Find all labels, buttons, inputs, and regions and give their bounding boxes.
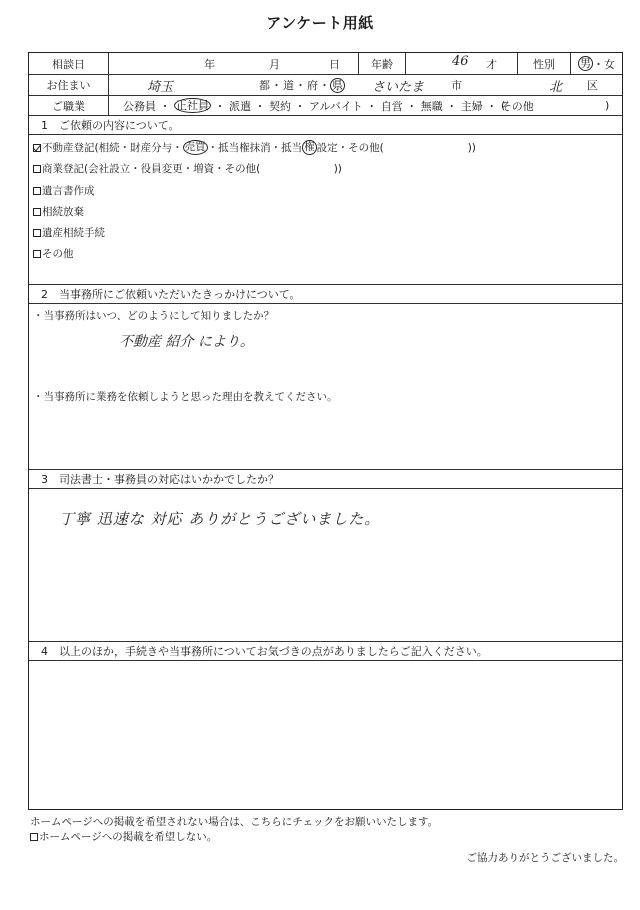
checkbox-real-estate[interactable] bbox=[33, 144, 41, 152]
occupation-field[interactable]: 公務員 ・ 正社員 ・ 派遣 ・ 契約 ・ アルバイト ・ 自営 ・ 無職 ・ … bbox=[109, 96, 622, 115]
section2-number: 2 bbox=[41, 288, 59, 301]
section4-header: 4 以上のほか，手続きや当事務所についてお気づきの点がありましたらご記入ください… bbox=[29, 641, 622, 661]
gender-male-option[interactable]: 男 bbox=[578, 56, 593, 71]
section1-item-commercial[interactable]: 商業登記(会社設立・役員変更・増資・その他( )) bbox=[33, 161, 342, 176]
day-unit: 日 bbox=[329, 56, 340, 72]
checkbox-opt-out[interactable] bbox=[30, 833, 38, 841]
occupation-other-open-paren: ( bbox=[501, 99, 505, 112]
occupation-option-contract[interactable]: 契約 bbox=[269, 98, 291, 114]
occupation-option-homemaker[interactable]: 主婦 bbox=[461, 98, 483, 114]
age-value: 46 bbox=[452, 54, 469, 69]
occupation-label: ご職業 bbox=[29, 96, 109, 115]
section1-title: ご依頼の内容について。 bbox=[59, 117, 180, 133]
gender-field[interactable]: 男 ・ 女 bbox=[571, 53, 622, 74]
consult-date-field[interactable]: 年 月 日 bbox=[109, 53, 359, 74]
checkbox-inheritance[interactable] bbox=[33, 229, 41, 237]
city-unit: 市 bbox=[451, 77, 462, 93]
address-field[interactable]: 埼玉 都 ・ 道 ・ 府 ・ 県 さいたま 市 北 区 bbox=[109, 75, 622, 95]
gender-separator: ・ bbox=[593, 56, 604, 72]
opt-out-label: ホームページへの掲載を希望しない。 bbox=[39, 829, 217, 844]
checkbox-will[interactable] bbox=[33, 187, 41, 195]
section3-header: 3 司法書士・事務員の対応はいかかでしたか？ bbox=[29, 469, 622, 489]
occupation-option-dispatch[interactable]: 派遣 bbox=[229, 98, 251, 114]
section2-question1: ・当事務所はいつ、どのようにして知りましたか？ bbox=[33, 308, 274, 323]
checkbox-commercial[interactable] bbox=[33, 165, 41, 173]
survey-form: 相談日 年 月 日 年齢 46 才 性別 男 ・ 女 お住まい 埼玉 都 ・ 道… bbox=[28, 52, 623, 810]
thanks-text: ご協力ありがとうございました。 bbox=[467, 850, 625, 865]
address-label: お住まい bbox=[29, 75, 109, 95]
section4-title: 以上のほか，手続きや当事務所についてお気づきの点がありましたらご記入ください。 bbox=[59, 643, 488, 659]
section1-number: 1 bbox=[41, 119, 59, 132]
section1-item-real-estate[interactable]: 不動産登記(相続・財産分与・ 売買 ・抵当権抹消・抵当 権 設定・その他( )) bbox=[33, 140, 476, 155]
year-unit: 年 bbox=[204, 56, 215, 72]
ward-unit: 区 bbox=[587, 77, 598, 93]
section3-number: 3 bbox=[41, 473, 59, 486]
gender-label: 性別 bbox=[518, 53, 571, 74]
section2-question2: ・当事務所に業務を依頼しようと思った理由を教えてください。 bbox=[33, 389, 338, 404]
section4-answer[interactable] bbox=[39, 665, 609, 795]
prefecture-value: 埼玉 bbox=[147, 76, 173, 95]
form-title: アンケート用紙 bbox=[0, 12, 640, 33]
row-occupation: ご職業 公務員 ・ 正社員 ・ 派遣 ・ 契約 ・ アルバイト ・ 自営 ・ 無… bbox=[29, 96, 622, 116]
age-label: 年齢 bbox=[359, 53, 406, 74]
age-unit: 才 bbox=[486, 56, 497, 72]
gender-female-option[interactable]: 女 bbox=[604, 56, 615, 72]
occupation-option-part-time[interactable]: アルバイト bbox=[309, 98, 363, 114]
section1-item-renunciation[interactable]: 相続放棄 bbox=[33, 204, 84, 219]
checkbox-other[interactable] bbox=[33, 250, 41, 258]
month-unit: 月 bbox=[269, 56, 280, 72]
opt-out-option[interactable]: ホームページへの掲載を希望しない。 bbox=[30, 829, 217, 844]
circled-sale: 売買 bbox=[183, 140, 208, 155]
section4-number: 4 bbox=[41, 645, 59, 658]
section2-header: 2 当事務所にご依頼いただいたきっかけについて。 bbox=[29, 284, 622, 304]
occupation-option-civil-servant[interactable]: 公務員 bbox=[123, 98, 156, 114]
footer-note: ホームページへの掲載を希望されない場合は、こちらにチェックをお願いいたします。 bbox=[30, 814, 438, 829]
row-consult-date: 相談日 年 月 日 年齢 46 才 性別 男 ・ 女 bbox=[29, 53, 622, 75]
section2-answer2[interactable] bbox=[39, 405, 609, 465]
occupation-option-other[interactable]: その他 bbox=[501, 98, 534, 114]
ward-value: 北 bbox=[549, 76, 562, 95]
occupation-option-self-employed[interactable]: 自営 bbox=[381, 98, 403, 114]
checkbox-renunciation[interactable] bbox=[33, 208, 41, 216]
occupation-option-regular-employee[interactable]: 正社員 bbox=[174, 98, 211, 113]
section2-answer1[interactable]: 不動産 紹介 により。 bbox=[119, 331, 254, 351]
section1-item-other[interactable]: その他 bbox=[33, 246, 74, 261]
row-address: お住まい 埼玉 都 ・ 道 ・ 府 ・ 県 さいたま 市 北 区 bbox=[29, 75, 622, 96]
prefecture-unit-fu: 府 bbox=[307, 77, 318, 93]
occupation-other-close-paren: ) bbox=[605, 99, 609, 112]
circled-mortgage: 権 bbox=[302, 140, 317, 155]
section2-title: 当事務所にご依頼いただいたきっかけについて。 bbox=[59, 286, 301, 302]
prefecture-unit-ken: 県 bbox=[330, 78, 345, 93]
prefecture-unit-do: 道 bbox=[283, 77, 294, 93]
occupation-option-unemployed[interactable]: 無職 bbox=[421, 98, 443, 114]
consult-date-label: 相談日 bbox=[29, 53, 109, 74]
section1-item-inheritance[interactable]: 遺産相続手続 bbox=[33, 225, 105, 240]
section3-answer[interactable]: 丁寧 迅速な 対応 ありがとうございました。 bbox=[59, 508, 380, 529]
prefecture-unit-to: 都 bbox=[259, 77, 270, 93]
section1-header: 1 ご依頼の内容について。 bbox=[29, 115, 622, 135]
section3-title: 司法書士・事務員の対応はいかかでしたか？ bbox=[59, 471, 279, 487]
section1-item-will[interactable]: 遺言書作成 bbox=[33, 183, 95, 198]
city-value: さいたま bbox=[372, 76, 424, 95]
age-field[interactable]: 46 才 bbox=[406, 53, 518, 74]
